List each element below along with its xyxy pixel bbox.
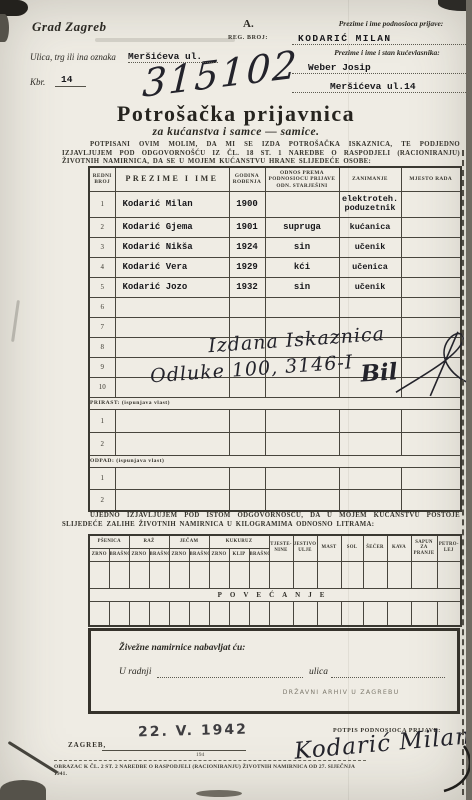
row-workplace — [401, 191, 461, 217]
row-occupation — [339, 357, 401, 377]
row-year: 1900 — [229, 191, 265, 217]
scan-artifact-top-left-edge — [0, 14, 9, 42]
row-num: 2 — [89, 489, 115, 511]
empty-cell — [339, 432, 401, 455]
empty-cell — [401, 467, 461, 489]
scan-artifact-header-smudge — [95, 38, 235, 42]
col-header-redni-broj: REDNI BROJ — [89, 167, 115, 191]
row-occupation: učenica — [339, 257, 401, 277]
col-wheat: PŠENICA — [89, 535, 129, 548]
row-workplace — [401, 297, 461, 317]
empty-cell — [401, 432, 461, 455]
scan-artifact-top-left-blob — [0, 0, 28, 16]
footer-note: OBRAZAC K ČL. 2 ST. 2 NAREDBE O RASPODJE… — [54, 760, 366, 778]
row-occupation: učenik — [339, 237, 401, 257]
row-num: 10 — [89, 377, 115, 397]
row-name — [115, 377, 229, 397]
row-workplace — [401, 357, 461, 377]
row-name — [115, 317, 229, 337]
col-sugar: ŠEĆER — [363, 535, 387, 561]
row-name: Kodarić Vera — [115, 257, 229, 277]
empty-cell — [339, 409, 401, 432]
member-row: 7 — [89, 317, 461, 337]
col-oil: JESTIVO ULJE — [293, 535, 317, 561]
archive-stamp: DRŽAVNI ARHIV U ZAGREBU — [261, 689, 421, 696]
col-coffee: KAVA — [387, 535, 411, 561]
row-name — [115, 337, 229, 357]
col-header-zanimanje: ZANIMANJE — [339, 167, 401, 191]
col-corn: KUKURUZ — [209, 535, 269, 548]
intro-paragraph: POTPISANI OVIM MOLIM, DA MI SE IZDA POTR… — [62, 141, 460, 167]
row-name: Kodarić Milan — [115, 191, 229, 217]
scan-artifact-bottom-speck — [196, 790, 242, 797]
year-print: 194 — [196, 752, 204, 758]
col-fat: MAST — [317, 535, 341, 561]
row-year: 1924 — [229, 237, 265, 257]
row-year — [229, 337, 265, 357]
empty-cell — [229, 432, 265, 455]
row-relation — [265, 337, 339, 357]
sub-klip: KLIP — [229, 548, 249, 561]
row-relation: kći — [265, 257, 339, 277]
row-relation — [265, 317, 339, 337]
row-workplace — [401, 377, 461, 397]
member-row: 1 Kodarić Milan 1900 elektroteh. poduzet… — [89, 191, 461, 217]
house-owner-label: Prezime i ime i stan kućevlasnika: — [312, 48, 462, 57]
sub-brasno: BRAŠNO — [189, 548, 209, 561]
col-barley: JEČAM — [169, 535, 209, 548]
purchase-title: Živežne namirnice nabavljat ću: — [119, 643, 245, 653]
row-num: 1 — [89, 409, 115, 432]
empty-cell — [265, 467, 339, 489]
row-relation — [265, 377, 339, 397]
col-petroleum: PETRO-LEJ — [437, 535, 461, 561]
empty-cell — [401, 409, 461, 432]
empty-cell — [229, 409, 265, 432]
row-occupation — [339, 337, 401, 357]
col-soap: SAPUN ZA PRANJE — [411, 535, 437, 561]
col-header-godina: GODINA ROĐENJA — [229, 167, 265, 191]
prirast-row: 2 — [89, 432, 461, 455]
scan-artifact-left-margin-mark — [11, 300, 20, 342]
row-num: 9 — [89, 357, 115, 377]
member-row: 2 Kodarić Gjema 1901 supruga kućanica — [89, 217, 461, 237]
row-num: 1 — [89, 191, 115, 217]
row-relation: sin — [265, 277, 339, 297]
applicant-name-label: Prezime i ime podnosioca prijave: — [320, 19, 462, 28]
empty-cell — [401, 489, 461, 511]
empty-cell — [115, 467, 229, 489]
empty-cell — [115, 409, 229, 432]
empty-cell — [115, 489, 229, 511]
member-row: 5 Kodarić Jozo 1932 sin učenik — [89, 277, 461, 297]
member-row: 10 — [89, 377, 461, 397]
row-relation — [265, 357, 339, 377]
form-title: Potrošačka prijavnica — [0, 101, 472, 127]
household-members-table: REDNI BROJ PREZIME I IME GODINA ROĐENJA … — [88, 166, 462, 512]
reg-number-label: REG. BROJ: — [228, 35, 268, 41]
house-number-label: Kbr. — [30, 77, 45, 87]
empty-cell — [265, 409, 339, 432]
scan-artifact-bottom-left-scribble — [8, 741, 59, 774]
row-year: 1932 — [229, 277, 265, 297]
empty-cell — [339, 489, 401, 511]
applicant-name-value: KODARIĆ MILAN — [292, 33, 468, 45]
row-year — [229, 357, 265, 377]
scanned-form-page: Grad Zagreb A. REG. BROJ: 315102 Ulica, … — [0, 0, 472, 800]
row-name — [115, 297, 229, 317]
member-row: 3 Kodarić Nikša 1924 sin učenik — [89, 237, 461, 257]
sub-zrno: ZRNO — [129, 548, 149, 561]
scan-artifact-right-perforation — [462, 150, 464, 795]
odpad-section-label: ODPAD: (ispunjava vlast) — [89, 455, 461, 467]
shop-value-line — [157, 667, 303, 678]
row-relation: supruga — [265, 217, 339, 237]
col-rye: RAŽ — [129, 535, 169, 548]
street-value: Meršićeva ul. — [128, 51, 218, 63]
scan-artifact-bottom-left-blob — [0, 780, 46, 800]
row-occupation: elektroteh. poduzetnik — [339, 191, 401, 217]
member-row: 4 Kodarić Vera 1929 kći učenica — [89, 257, 461, 277]
row-num: 3 — [89, 237, 115, 257]
empty-cell — [265, 432, 339, 455]
member-row: 6 — [89, 297, 461, 317]
row-relation: sin — [265, 237, 339, 257]
supplies-declaration: UJEDNO IZJAVLJUJEM POD ISTOM ODGOVORNOŠĆ… — [62, 512, 460, 529]
street-label: Ulica, trg ili ina oznaka — [30, 52, 116, 62]
row-num: 7 — [89, 317, 115, 337]
supplies-value-row — [89, 601, 461, 626]
house-owner-name: Weber Josip — [292, 62, 472, 74]
date-line — [102, 740, 246, 751]
member-row: 9 — [89, 357, 461, 377]
row-relation — [265, 191, 339, 217]
house-owner-address: Meršićeva ul.14 — [292, 81, 472, 93]
row-year — [229, 317, 265, 337]
row-name — [115, 357, 229, 377]
section-letter: A. — [243, 18, 254, 30]
row-occupation — [339, 297, 401, 317]
row-num: 8 — [89, 337, 115, 357]
row-num: 4 — [89, 257, 115, 277]
sub-brasno: BRAŠNO — [109, 548, 129, 561]
food-supplies-table: PŠENICA RAŽ JEČAM KUKURUZ TJESTE-NINE JE… — [88, 534, 462, 627]
col-header-mjesto-rada: MJESTO RADA — [401, 167, 461, 191]
street-field-label: ulica — [309, 667, 328, 677]
col-pasta: TJESTE-NINE — [269, 535, 293, 561]
empty-cell — [229, 467, 265, 489]
row-relation — [265, 297, 339, 317]
form-subtitle: za kućanstva i samce — samice. — [0, 126, 472, 138]
member-row: 8 — [89, 337, 461, 357]
sub-brasno: BRAŠNO — [249, 548, 269, 561]
odpad-row: 2 — [89, 489, 461, 511]
row-num: 5 — [89, 277, 115, 297]
prirast-section-label: PRIRAST: (ispunjava vlast) — [89, 397, 461, 409]
row-workplace — [401, 337, 461, 357]
row-name: Kodarić Jozo — [115, 277, 229, 297]
col-header-prezime-ime: PREZIME I IME — [115, 167, 229, 191]
sub-zrno: ZRNO — [89, 548, 109, 561]
row-workplace — [401, 277, 461, 297]
row-workplace — [401, 317, 461, 337]
povecanje-band: POVEĆANJE — [89, 588, 461, 601]
row-workplace — [401, 217, 461, 237]
row-year — [229, 297, 265, 317]
row-occupation: učenik — [339, 277, 401, 297]
row-num: 2 — [89, 432, 115, 455]
row-year — [229, 377, 265, 397]
place-label: ZAGREB, — [68, 741, 106, 749]
row-name: Kodarić Gjema — [115, 217, 229, 237]
sub-brasno: BRAŠNO — [149, 548, 169, 561]
scan-artifact-top-right-corner — [438, 0, 472, 11]
city-name: Grad Zagreb — [32, 19, 106, 35]
col-salt: SOL — [341, 535, 363, 561]
sub-zrno: ZRNO — [209, 548, 229, 561]
row-num: 6 — [89, 297, 115, 317]
row-year: 1929 — [229, 257, 265, 277]
street-value-line — [331, 667, 445, 678]
row-name: Kodarić Nikša — [115, 237, 229, 257]
row-workplace — [401, 237, 461, 257]
empty-cell — [229, 489, 265, 511]
date-stamp: 22. V. 1942 — [138, 722, 248, 741]
shop-label: U radnji — [119, 667, 151, 677]
empty-cell — [265, 489, 339, 511]
odpad-row: 1 — [89, 467, 461, 489]
house-number-value: 14 — [55, 74, 86, 87]
col-header-odnos: ODNOS PREMA PODNOSIOCU PRIJAVE ODN. STAR… — [265, 167, 339, 191]
sub-zrno: ZRNO — [169, 548, 189, 561]
row-occupation: kućanica — [339, 217, 401, 237]
prirast-row: 1 — [89, 409, 461, 432]
row-num: 1 — [89, 467, 115, 489]
row-workplace — [401, 257, 461, 277]
empty-cell — [115, 432, 229, 455]
row-num: 2 — [89, 217, 115, 237]
row-occupation — [339, 317, 401, 337]
row-occupation — [339, 377, 401, 397]
purchase-box: Živežne namirnice nabavljat ću: U radnji… — [88, 628, 460, 714]
empty-cell — [339, 467, 401, 489]
supplies-value-row — [89, 561, 461, 588]
row-year: 1901 — [229, 217, 265, 237]
